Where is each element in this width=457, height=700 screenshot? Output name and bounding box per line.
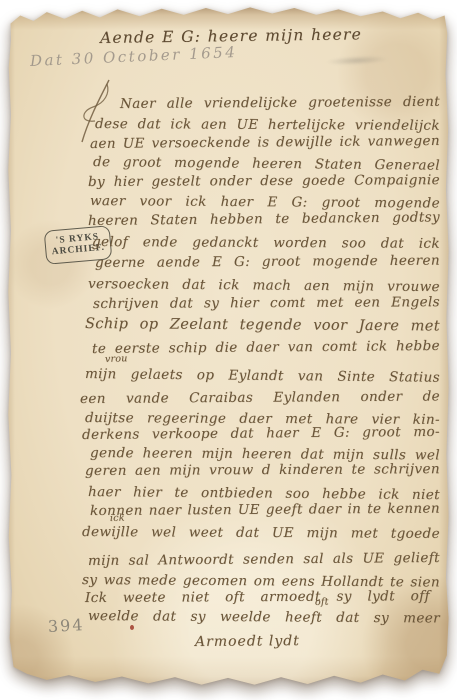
manuscript-line: derkens verkoope dat haer E G: groot mo- bbox=[82, 425, 440, 443]
interline-insertion-oft: oft bbox=[315, 598, 329, 609]
manuscript-line: geren aen mijn vrouw d kinderen te schri… bbox=[85, 462, 440, 479]
manuscript-line: geerne aende E G: groot mogende heeren bbox=[95, 254, 440, 271]
manuscript-line: schrijven dat sy hier comt met een Engel… bbox=[93, 295, 440, 312]
manuscript-line: Schip op Zeelant tegende voor Jaere met bbox=[85, 317, 440, 335]
manuscript-line: een vande Caraibas Eylanden onder de bbox=[80, 389, 440, 406]
manuscript-line: aen UE versoeckende is dewijlle ick vanw… bbox=[90, 134, 440, 152]
red-ink-spot bbox=[130, 625, 134, 630]
manuscript-line: heeren Staten hebben te bedancken godtsy bbox=[88, 210, 440, 229]
manuscript-line: versoecken dat ick mach aen mijn vrouwe bbox=[88, 277, 440, 295]
manuscript-line: Naer alle vriendelijcke groetenisse dien… bbox=[120, 95, 440, 112]
manuscript-paper: Aende E G: heere mijn heere Dat 30 Octob… bbox=[7, 6, 449, 686]
interline-insertion-ick: ick bbox=[110, 513, 125, 524]
manuscript-line: gelof ende gedanckt worden soo dat ick bbox=[92, 235, 440, 252]
manuscript-line: weelde dat sy weelde heeft dat sy meer bbox=[88, 609, 440, 626]
manuscript-line: waer voor ick haer E G: groot mogende bbox=[90, 194, 440, 211]
manuscript-line: mijn sal Antwoordt senden sal als UE gel… bbox=[88, 551, 440, 569]
date-annotation: Dat 30 October 1654 bbox=[30, 44, 238, 70]
page-number: 394 bbox=[48, 616, 85, 635]
closing-line: Armoedt lydt bbox=[195, 634, 300, 650]
manuscript-line: dese dat ick aen UE hertelijcke vriendel… bbox=[95, 117, 440, 134]
manuscript-line: dewijlle wel weet dat UE mijn met tgoede bbox=[82, 525, 440, 542]
manuscript-line: de groot mogende heeren Staten Generael bbox=[93, 155, 440, 173]
manuscript-line: konnen naer lusten UE geeft daer in te k… bbox=[90, 502, 440, 519]
manuscript-line: te eerste schip die daer van comt ick he… bbox=[92, 339, 440, 357]
manuscript-line: by hier gestelt onder dese goede Compaig… bbox=[88, 173, 440, 190]
manuscript-photo: Aende E G: heere mijn heere Dat 30 Octob… bbox=[7, 6, 449, 686]
ink-smudge bbox=[325, 54, 389, 66]
interline-insertion-vrou: vrou bbox=[105, 354, 128, 365]
manuscript-line: mijn gelaets op Eylandt van Sinte Statiu… bbox=[85, 367, 440, 386]
manuscript-line: Ick weete niet oft armoedt sy lydt off bbox=[85, 589, 430, 606]
